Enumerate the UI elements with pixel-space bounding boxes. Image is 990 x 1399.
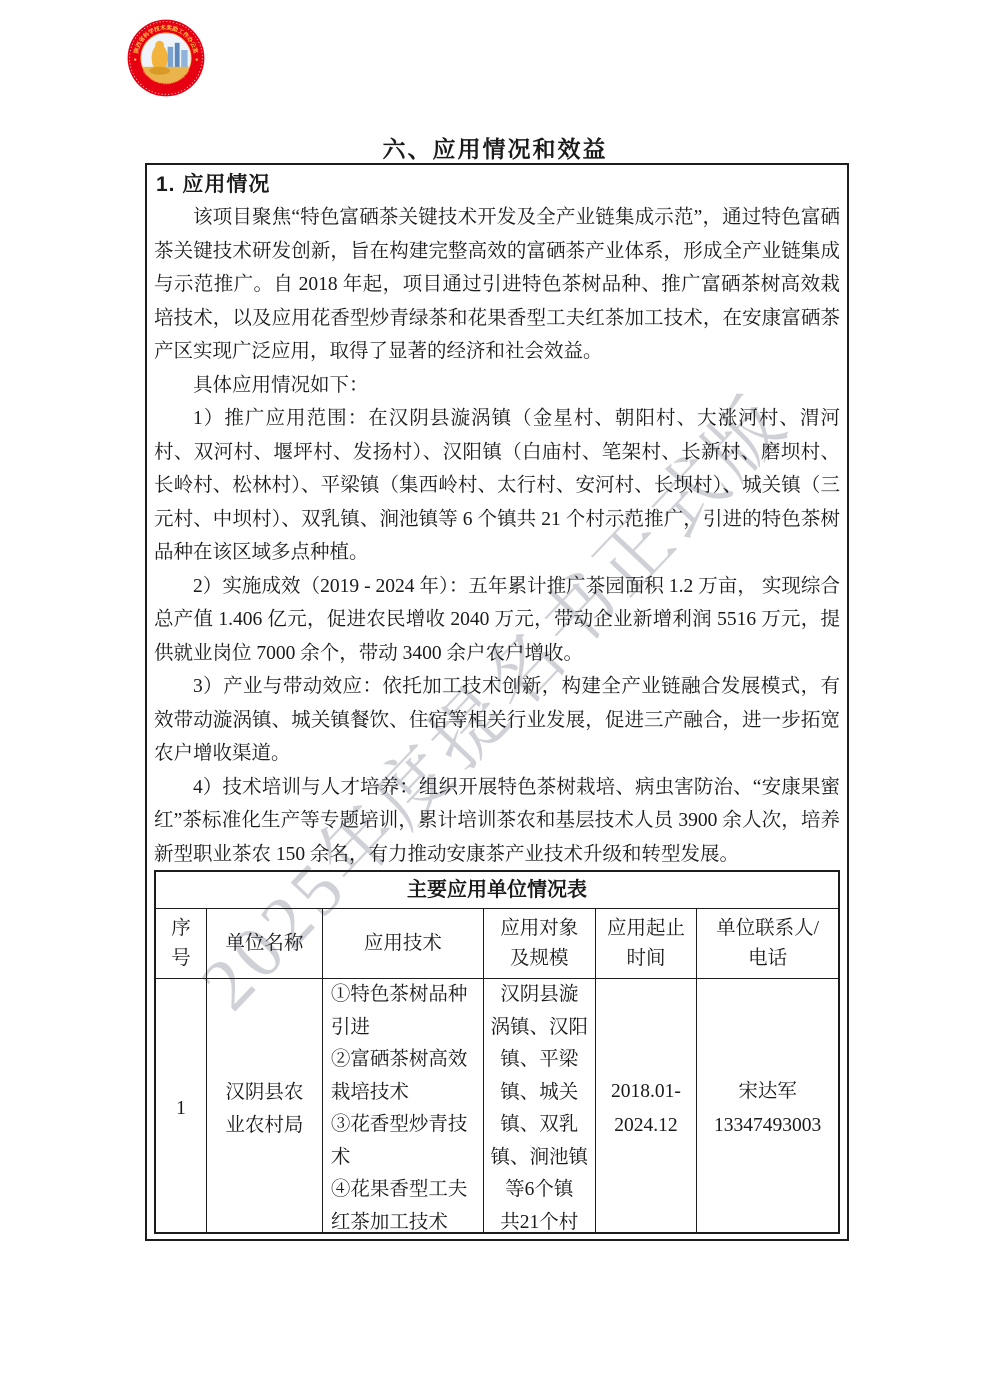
- application-section: 1. 应用情况 该项目聚焦“特色富硒茶关键技术开发及全产业链集成示范”，通过特色…: [147, 165, 847, 871]
- col-header-contact: 单位联系人/ 电话: [697, 909, 838, 979]
- seal-right-dot: [196, 58, 198, 60]
- paragraph-intro: 具体应用情况如下：: [154, 369, 840, 403]
- paragraph-training: 4）技术培训与人才培养：组织开展特色茶树栽培、病虫害防治、“安康果蜜红”茶标准化…: [154, 771, 840, 872]
- cell-tech: ①特色茶树品种 引进 ②富硒茶树高效 栽培技术 ③花香型炒青技 术 ④花果香型工…: [322, 979, 483, 1235]
- col-header-period: 应用起止 时间: [595, 909, 697, 979]
- content-box: 1. 应用情况 该项目聚焦“特色富硒茶关键技术开发及全产业链集成示范”，通过特色…: [145, 163, 849, 1241]
- seal-left-dot: [134, 58, 136, 60]
- paragraph-results: 2）实施成效（2019 - 2024 年）：五年累计推广茶园面积 1.2 万亩，…: [154, 570, 840, 671]
- col-header-scope: 应用对象 及规模: [483, 909, 595, 979]
- cell-contact: 宋达军 13347493003: [697, 979, 838, 1235]
- seal-cityscape-art: [141, 34, 191, 83]
- application-units-table: 序 号 单位名称 应用技术 应用对象 及规模 应用起止 时间 单位联系人/ 电话…: [156, 908, 838, 1234]
- table-title: 主要应用单位情况表: [156, 872, 838, 908]
- award-office-seal: 陕西省科学技术奖励工作办公室 Shaanxi Provincial Office…: [126, 18, 206, 98]
- paragraph-overview: 该项目聚焦“特色富硒茶关键技术开发及全产业链集成示范”，通过特色富硒茶关键技术研…: [154, 201, 840, 369]
- col-header-no: 序 号: [156, 909, 206, 979]
- section-heading: 1. 应用情况: [154, 168, 840, 201]
- table-header-row: 序 号 单位名称 应用技术 应用对象 及规模 应用起止 时间 单位联系人/ 电话: [156, 909, 838, 979]
- table-row: 1 汉阴县农 业农村局 ①特色茶树品种 引进 ②富硒茶树高效 栽培技术 ③花香型…: [156, 979, 838, 1235]
- paragraph-scope: 1）推广应用范围：在汉阴县漩涡镇（金星村、朝阳村、大涨河村、渭河村、双河村、堰坪…: [154, 402, 840, 570]
- col-header-tech: 应用技术: [322, 909, 483, 979]
- cell-no: 1: [156, 979, 206, 1235]
- paragraph-industry-effect: 3）产业与带动效应：依托加工技术创新，构建全产业链融合发展模式，有效带动漩涡镇、…: [154, 670, 840, 771]
- page-title: 六、应用情况和效益: [0, 131, 990, 164]
- application-table-block: 主要应用单位情况表 序 号 单位名称 应用技术 应用对象 及规模 应用起止 时间…: [154, 870, 840, 1234]
- cell-period: 2018.01- 2024.12: [595, 979, 697, 1235]
- cell-scope: 汉阴县漩 涡镇、汉阳 镇、平梁 镇、城关 镇、双乳 镇、涧池镇 等6个镇 共21…: [483, 979, 595, 1235]
- cell-unit: 汉阴县农 业农村局: [206, 979, 322, 1235]
- col-header-unit: 单位名称: [206, 909, 322, 979]
